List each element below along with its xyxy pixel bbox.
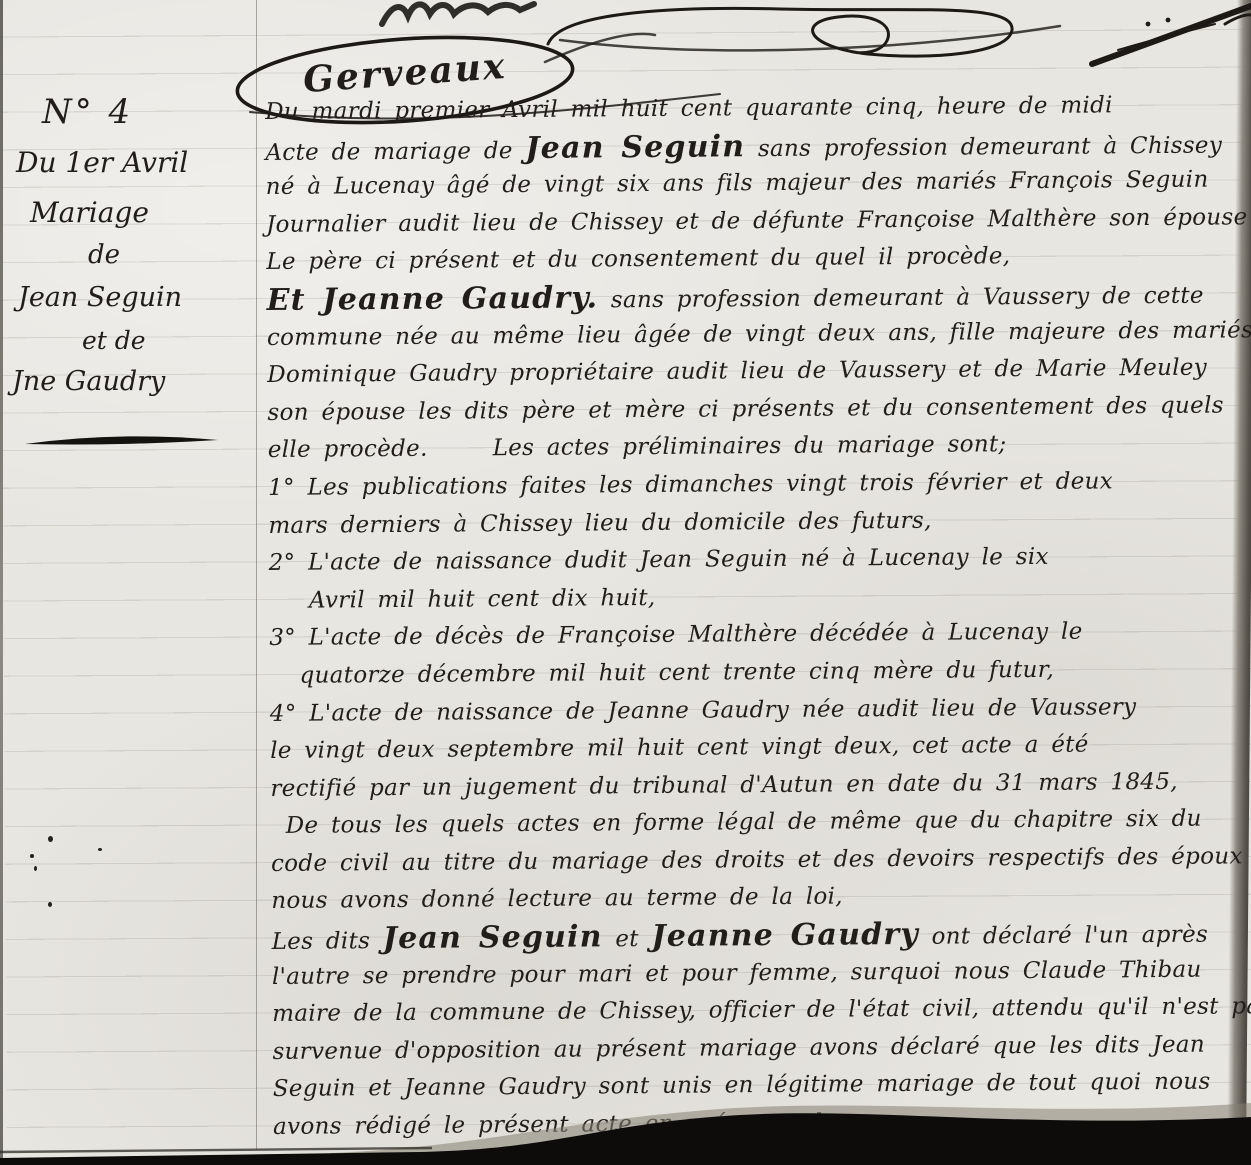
document-scan-page: Gerveaux N° 4 Du 1er Avril Mariage de Je… <box>0 0 1251 1165</box>
bottom-edge-band <box>0 0 1251 1165</box>
